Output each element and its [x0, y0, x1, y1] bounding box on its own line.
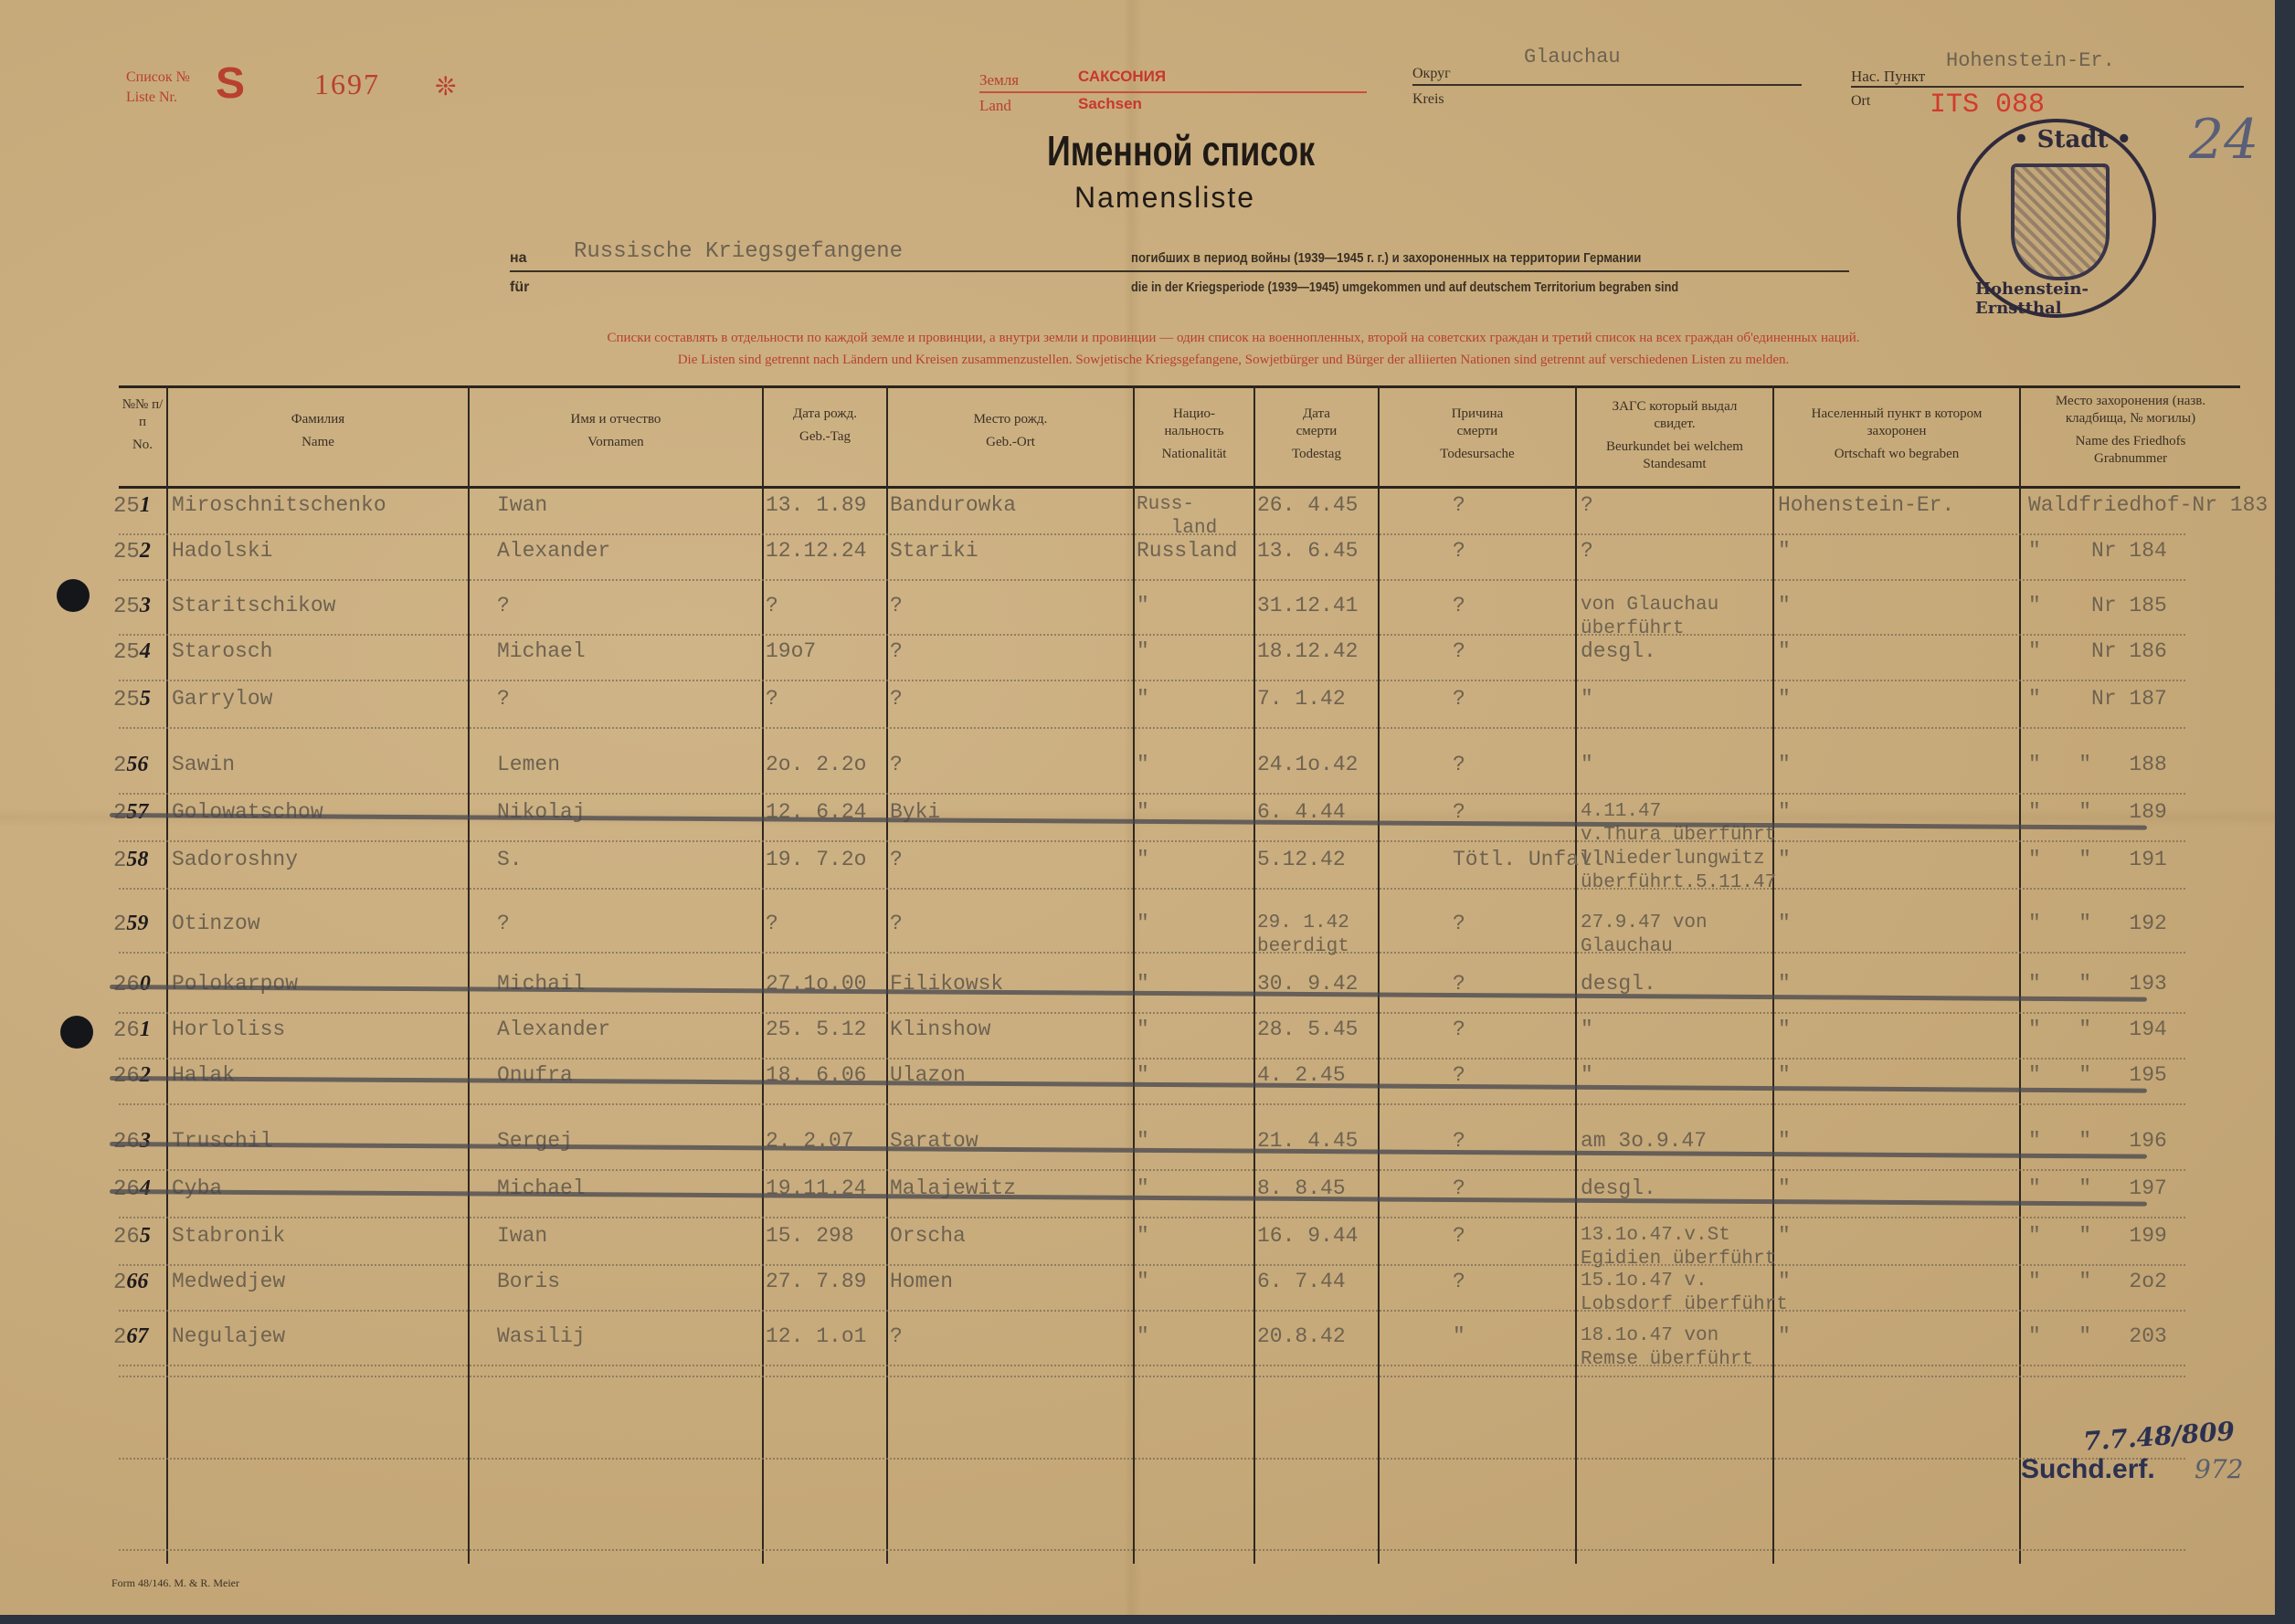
cell-birthdate: 27. 7.89: [766, 1270, 866, 1293]
strikethrough-line: [110, 813, 2147, 830]
cell-cemetery: " Nr 186: [2028, 639, 2167, 663]
cell-cause: ?: [1453, 639, 1465, 663]
cell-birthdate: 12. 1.o1: [766, 1324, 866, 1348]
cell-birthdate: ?: [766, 594, 778, 617]
cell-deathdate: 28. 5.45: [1257, 1018, 1358, 1041]
row-dotted-rule: [119, 1103, 2185, 1105]
row-number-handwritten: 5: [140, 687, 151, 711]
cell-nationality: ": [1137, 1224, 1149, 1248]
col-divider: [762, 385, 764, 1564]
cell-cemetery: " " 191: [2028, 848, 2167, 871]
row-number-typed: 2: [113, 912, 126, 937]
instruction-ru: Списки составлять в отдельности по каждо…: [292, 331, 2174, 346]
cell-birthplace: Homen: [890, 1270, 953, 1293]
page-title-ru: Именной список: [1047, 126, 1315, 175]
col-header-number: №№ п/пNo.: [119, 396, 166, 454]
cell-deathdate: 6. 7.44: [1257, 1270, 1346, 1293]
row-number-handwritten: 5: [140, 1224, 151, 1248]
ort-rule: [1851, 86, 2244, 88]
cell-registry: ?: [1581, 493, 1593, 517]
cell-cemetery: " " 193: [2028, 972, 2167, 996]
cell-burial-place: ": [1778, 639, 1791, 663]
cell-burial-place: ": [1778, 1018, 1791, 1041]
kreis-label-ru: Округ: [1412, 66, 1451, 82]
table-header-border: [119, 486, 2240, 489]
col-divider: [468, 385, 470, 1564]
land-label-ru: Земля: [979, 71, 1019, 90]
cell-vorname: Onufra: [497, 1063, 573, 1087]
cell-cemetery: " " 188: [2028, 753, 2167, 776]
cell-name: Truschil: [172, 1129, 272, 1153]
col-header-ru: Населенный пункт в котором захоронен: [1812, 406, 1983, 438]
row-number-typed: 25: [113, 688, 140, 712]
cell-birthdate: ?: [766, 687, 778, 711]
cell-deathdate: 13. 6.45: [1257, 539, 1358, 563]
row-number-handwritten: 3: [140, 594, 151, 617]
cell-nationality: ": [1137, 1324, 1149, 1348]
row-number-typed: 25: [113, 640, 140, 665]
cell-cause: ?: [1453, 493, 1465, 517]
cell-birthplace: Klinshow: [890, 1018, 990, 1041]
col-header-deathdate: Дата смертиTodestag: [1255, 406, 1378, 463]
row-number-handwritten: 1: [140, 493, 151, 517]
col-header-cause: Причина смертиTodesursache: [1380, 406, 1575, 463]
cell-registry: 15.1o.47 v. Lobsdorf überführt: [1581, 1270, 1788, 1317]
cell-name: Miroschnitschenko: [172, 493, 386, 517]
kreis-value: Glauchau: [1524, 46, 1621, 69]
row-number: 253: [113, 594, 151, 619]
seal-top-text: • Stadt •: [2014, 126, 2131, 153]
row-dotted-rule: [119, 1169, 2185, 1171]
cell-cause: ?: [1453, 1018, 1465, 1041]
col-divider: [166, 385, 168, 1564]
col-header-ru: Место захоронения (назв. кладбища, № мог…: [2056, 394, 2205, 426]
cell-vorname: Wasilij: [497, 1324, 586, 1348]
row-dotted-rule: [119, 888, 2185, 890]
cell-deathdate: 24.1o.42: [1257, 753, 1358, 776]
cell-name: Garrylow: [172, 687, 272, 711]
col-header-de: Geb.-Ort: [888, 434, 1133, 451]
col-header-cemetery: Место захоронения (назв. кладбища, № мог…: [2021, 393, 2240, 468]
list-label: Список № Liste Nr.: [126, 68, 190, 108]
category-value: Russische Kriegsgefangene: [574, 239, 903, 264]
row-number: 252: [113, 539, 151, 564]
col-header-ru: Имя и отчество: [571, 412, 661, 427]
row-number: 267: [113, 1324, 148, 1350]
cell-birthplace: Bandurowka: [890, 493, 1016, 517]
cell-cause: ?: [1453, 539, 1465, 563]
cell-deathdate: 29. 1.42 beerdigt: [1257, 912, 1349, 959]
col-header-de: Geb.-Tag: [791, 428, 859, 446]
ort-label-de: Ort: [1851, 93, 1870, 110]
cell-name: Otinzow: [172, 912, 260, 935]
cell-birthplace: ?: [890, 639, 903, 663]
cell-vorname: Michael: [497, 639, 586, 663]
document-page: Список № Liste Nr. S 1697 ❊ Земля САКСОН…: [0, 0, 2275, 1615]
cell-cemetery: " Nr 185: [2028, 594, 2167, 617]
cell-nationality: ": [1137, 1270, 1149, 1293]
cell-burial-place: ": [1778, 753, 1791, 776]
row-number-handwritten: 59: [126, 912, 148, 935]
row-number-handwritten: 56: [126, 753, 148, 776]
cell-birthdate: 13. 1.89: [766, 493, 866, 517]
land-label-de: Land: [979, 97, 1011, 115]
row-dotted-rule: [119, 680, 2185, 681]
row-number: 254: [113, 639, 151, 665]
cell-registry: am 3o.9.47: [1581, 1129, 1707, 1153]
col-header-name: ФамилияName: [168, 411, 468, 451]
cell-cemetery: " " 195: [2028, 1063, 2167, 1087]
cell-name: Staritschikow: [172, 594, 335, 617]
row-number: 265: [113, 1224, 151, 1250]
col-header-de: Todestag: [1286, 446, 1347, 463]
row-number: 255: [113, 687, 151, 712]
row-dotted-rule: [119, 634, 2185, 636]
row-dotted-rule: [119, 1012, 2185, 1014]
na-label: на: [510, 250, 527, 267]
cell-birthplace: ?: [890, 594, 903, 617]
col-header-burial-place: Населенный пункт в котором захороненOrts…: [1774, 406, 2019, 463]
cell-registry: desgl.: [1581, 972, 1656, 996]
row-dotted-rule: [119, 952, 2185, 954]
row-dotted-rule: [119, 793, 2185, 795]
cell-cause: ": [1453, 1324, 1465, 1348]
cell-name: Starosch: [172, 639, 272, 663]
row-dotted-rule: [119, 1264, 2185, 1266]
ort-value: Hohenstein-Er.: [1946, 49, 2115, 72]
kreis-rule: [1412, 84, 1802, 86]
kreis-label-de: Kreis: [1412, 91, 1444, 108]
cell-name: Sadoroshny: [172, 848, 298, 871]
col-header-ru: Нацио- нальность: [1164, 406, 1223, 438]
col-header-de: Beurkundet bei welchem Standesamt: [1602, 438, 1747, 473]
cell-registry: v.Niederlungwitz überführt.5.11.47: [1581, 848, 1776, 895]
cell-birthdate: 15. 298: [766, 1224, 854, 1248]
col-header-ru: Место рожд.: [974, 412, 1048, 427]
row-number-typed: 25: [113, 494, 140, 519]
col-header-de: Vornamen: [470, 434, 762, 451]
row-number-typed: 25: [113, 540, 140, 564]
cell-burial-place: ": [1778, 1270, 1791, 1293]
cell-burial-place: Hohenstein-Er.: [1778, 493, 1954, 517]
cell-vorname: Iwan: [497, 1224, 547, 1248]
cell-birthplace: Orscha: [890, 1224, 966, 1248]
row-dotted-rule: [119, 579, 2185, 581]
cell-name: Stabronik: [172, 1224, 285, 1248]
seal-ring-text: Hohenstein-Ernstthal: [1975, 279, 2152, 318]
cell-nationality: ": [1137, 912, 1149, 935]
row-number: 258: [113, 848, 148, 873]
cell-registry: ": [1581, 1018, 1593, 1041]
subtitle-ru: погибших в период войны (1939—1945 г. г.…: [1131, 250, 1641, 266]
cell-name: Polokarpow: [172, 972, 298, 996]
land-value-de: Sachsen: [1078, 95, 1142, 113]
col-header-de: Ortschaft wo begraben: [1802, 446, 1992, 463]
cell-cemetery: " " 192: [2028, 912, 2167, 935]
subtitle-de: die in der Kriegsperiode (1939—1945) umg…: [1131, 279, 1678, 295]
cell-burial-place: ": [1778, 687, 1791, 711]
cell-cemetery: " Nr 184: [2028, 539, 2167, 563]
cell-cemetery: Waldfriedhof-Nr 183: [2028, 493, 2268, 517]
cell-nationality: ": [1137, 687, 1149, 711]
cell-name: Horloliss: [172, 1018, 285, 1041]
punch-hole: [60, 1016, 93, 1049]
row-dotted-rule: [119, 1365, 2185, 1366]
fur-label: für: [510, 279, 529, 296]
cell-birthplace: ?: [890, 848, 903, 871]
cell-cause: ?: [1453, 1224, 1465, 1248]
row-number-handwritten: 3: [140, 1129, 151, 1153]
list-letter: S: [216, 58, 245, 109]
star-icon: ❊: [435, 71, 456, 102]
land-value-ru: САКСОНИЯ: [1078, 68, 1166, 86]
cell-registry: desgl.: [1581, 639, 1656, 663]
empty-row-rule: [119, 1458, 2185, 1460]
strikethrough-line: [110, 1142, 2147, 1159]
cell-registry: 27.9.47 von Glauchau: [1581, 912, 1708, 959]
form-note: Form 48/146. M. & R. Meier: [111, 1577, 239, 1590]
cell-name: Negulajew: [172, 1324, 285, 1348]
col-divider: [1772, 385, 1774, 1564]
row-number-typed: 2: [113, 849, 126, 873]
cell-name: Sawin: [172, 753, 235, 776]
handwritten-code: 972: [2195, 1454, 2243, 1484]
cell-registry: ": [1581, 1063, 1593, 1087]
its-stamp: ITS 088: [1930, 90, 2045, 121]
cell-birthdate: ?: [766, 912, 778, 935]
col-divider: [1378, 385, 1380, 1564]
cell-vorname: ?: [497, 912, 510, 935]
col-header-ru: №№ п/п: [122, 397, 164, 429]
col-header-birthdate: Дата рожд.Geb.-Tag: [764, 406, 886, 446]
cell-vorname: S.: [497, 848, 523, 871]
cell-nationality: Russland: [1137, 539, 1237, 563]
strikethrough-line: [110, 985, 2147, 1002]
cell-vorname: ?: [497, 594, 510, 617]
col-divider: [2019, 385, 2021, 1564]
cell-registry: ?: [1581, 539, 1593, 563]
cell-registry: ": [1581, 753, 1593, 776]
row-dotted-rule: [119, 1058, 2185, 1060]
cell-deathdate: 20.8.42: [1257, 1324, 1346, 1348]
empty-row-rule: [119, 1376, 2185, 1377]
row-dotted-rule: [119, 1310, 2185, 1312]
cell-birthplace: ?: [890, 687, 903, 711]
cell-burial-place: ": [1778, 972, 1791, 996]
cell-deathdate: 31.12.41: [1257, 594, 1358, 617]
cell-vorname: Alexander: [497, 1018, 610, 1041]
row-number: 256: [113, 753, 148, 778]
cell-cause: ?: [1453, 594, 1465, 617]
cell-cemetery: " " 203: [2028, 1324, 2167, 1348]
col-header-nationality: Нацио- нальностьNationalität: [1135, 406, 1253, 463]
col-header-registry: ЗАГС который выдал свидет.Beurkundet bei…: [1577, 398, 1772, 473]
row-number-handwritten: 4: [140, 1176, 151, 1200]
col-divider: [1253, 385, 1255, 1564]
cell-vorname: Lemen: [497, 753, 560, 776]
cell-registry: 18.1o.47 von Remse überführt: [1581, 1324, 1753, 1372]
cell-vorname: Boris: [497, 1270, 560, 1293]
cell-cemetery: " " 189: [2028, 800, 2167, 824]
suchd-stamp: Suchd.erf.: [2021, 1454, 2155, 1485]
cell-cause: ?: [1453, 687, 1465, 711]
cell-birthplace: ?: [890, 1324, 903, 1348]
row-number-typed: 26: [113, 1018, 140, 1043]
row-dotted-rule: [119, 1217, 2185, 1218]
cell-name: Medwedjew: [172, 1270, 285, 1293]
page-number-handwritten: 24: [2189, 108, 2258, 172]
cell-burial-place: ": [1778, 1176, 1791, 1200]
cell-name: Golowatschow: [172, 800, 323, 824]
land-rule: [979, 91, 1367, 93]
row-number-handwritten: 1: [140, 1018, 151, 1041]
coat-of-arms-icon: [2011, 163, 2110, 280]
row-dotted-rule: [119, 840, 2185, 842]
cell-cause: ?: [1453, 912, 1465, 935]
cell-nationality: Russ- land: [1137, 493, 1217, 541]
cell-nationality: ": [1137, 639, 1149, 663]
col-divider: [1575, 385, 1577, 1564]
list-number: 1697: [314, 68, 380, 101]
row-number-handwritten: 2: [140, 1063, 151, 1087]
col-header-birthplace: Место рожд.Geb.-Ort: [888, 411, 1133, 451]
row-number-handwritten: 0: [140, 972, 151, 996]
cell-cause: ?: [1453, 1270, 1465, 1293]
cell-name: Hadolski: [172, 539, 272, 563]
cell-birthplace: Stariki: [890, 539, 978, 563]
cell-deathdate: 16. 9.44: [1257, 1224, 1358, 1248]
cell-burial-place: ": [1778, 912, 1791, 935]
col-header-ru: Дата смерти: [1296, 406, 1338, 438]
col-header-ru: Дата рожд.: [793, 406, 857, 421]
row-number-typed: 25: [113, 595, 140, 619]
table-top-border: [119, 385, 2240, 388]
col-header-ru: Фамилия: [291, 412, 344, 427]
row-number-typed: 2: [113, 754, 126, 778]
cell-burial-place: ": [1778, 800, 1791, 824]
cell-birthdate: 12.12.24: [766, 539, 866, 563]
col-divider: [1133, 385, 1135, 1564]
col-header-de: No.: [119, 437, 166, 454]
row-number-handwritten: 2: [140, 539, 151, 563]
cell-nationality: ": [1137, 1018, 1149, 1041]
cell-burial-place: ": [1778, 848, 1791, 871]
city-seal: • Stadt • Hohenstein-Ernstthal: [1957, 119, 2156, 318]
page-title-de: Namensliste: [1074, 181, 1255, 215]
col-header-ru: ЗАГС который выдал свидет.: [1613, 399, 1738, 431]
cell-burial-place: ": [1778, 1129, 1791, 1153]
cell-cemetery: " " 194: [2028, 1018, 2167, 1041]
cell-cemetery: " " 197: [2028, 1176, 2167, 1200]
cell-registry: ": [1581, 687, 1593, 711]
cell-deathdate: 26. 4.45: [1257, 493, 1358, 517]
instruction-de: Die Listen sind getrennt nach Ländern un…: [292, 353, 2174, 368]
col-header-de: Todesursache: [1434, 446, 1520, 463]
list-label-de: Liste Nr.: [126, 88, 190, 108]
cell-cemetery: " " 199: [2028, 1224, 2167, 1248]
cell-birthplace: ?: [890, 912, 903, 935]
cell-vorname: Iwan: [497, 493, 547, 517]
row-number: 261: [113, 1018, 151, 1043]
cell-burial-place: ": [1778, 594, 1791, 617]
cell-name: Cyba: [172, 1176, 222, 1200]
cell-burial-place: ": [1778, 1224, 1791, 1248]
row-number-handwritten: 67: [126, 1324, 148, 1348]
cell-registry: von Glauchau überführt: [1581, 594, 1719, 641]
col-header-de: Nationalität: [1157, 446, 1232, 463]
ort-label-ru: Нас. Пункт: [1851, 68, 1925, 86]
cell-burial-place: ": [1778, 1324, 1791, 1348]
col-header-vorname: Имя и отчествоVornamen: [470, 411, 762, 451]
cell-cemetery: " " 2o2: [2028, 1270, 2167, 1293]
cell-birthdate: 19o7: [766, 639, 816, 663]
list-label-ru: Список №: [126, 68, 190, 88]
row-number: 251: [113, 493, 151, 519]
cell-cause: ?: [1453, 753, 1465, 776]
strikethrough-line: [110, 1076, 2147, 1093]
cell-nationality: ": [1137, 594, 1149, 617]
row-number-typed: 2: [113, 1325, 126, 1350]
cell-birthdate: 25. 5.12: [766, 1018, 866, 1041]
cell-burial-place: ": [1778, 1063, 1791, 1087]
row-number: 259: [113, 912, 148, 937]
cell-cemetery: " " 196: [2028, 1129, 2167, 1153]
cell-cemetery: " Nr 187: [2028, 687, 2167, 711]
row-number: 266: [113, 1270, 148, 1295]
cell-vorname: Sergej: [497, 1129, 573, 1153]
cell-nationality: ": [1137, 848, 1149, 871]
cell-vorname: Alexander: [497, 539, 610, 563]
col-header-de: Name des Friedhofs Grabnummer: [2039, 433, 2222, 468]
cell-registry: desgl.: [1581, 1176, 1656, 1200]
cell-burial-place: ": [1778, 539, 1791, 563]
empty-row-rule: [119, 1549, 2185, 1551]
row-number-handwritten: 58: [126, 848, 148, 871]
cell-name: Halak: [172, 1063, 235, 1087]
cell-deathdate: 18.12.42: [1257, 639, 1358, 663]
row-number-handwritten: 4: [140, 639, 151, 663]
punch-hole: [57, 579, 90, 612]
col-divider: [886, 385, 888, 1564]
row-dotted-rule: [119, 727, 2185, 729]
row-number-handwritten: 66: [126, 1270, 148, 1293]
cell-deathdate: 7. 1.42: [1257, 687, 1346, 711]
col-header-de: Name: [168, 434, 468, 451]
cell-vorname: ?: [497, 687, 510, 711]
cell-birthplace: ?: [890, 753, 903, 776]
col-header-ru: Причина смерти: [1452, 406, 1504, 438]
row-number-handwritten: 57: [126, 800, 148, 824]
row-number-typed: 2: [113, 1271, 126, 1295]
cell-birthdate: 2o. 2.2o: [766, 753, 866, 776]
category-rule: [510, 270, 1849, 272]
cell-nationality: ": [1137, 753, 1149, 776]
strikethrough-line: [110, 1189, 2147, 1207]
cell-birthdate: 19. 7.2o: [766, 848, 866, 871]
cell-deathdate: 5.12.42: [1257, 848, 1346, 871]
names-table: №№ п/пNo. ФамилияName Имя и отчествоVorn…: [119, 385, 2240, 1564]
row-number-typed: 26: [113, 1225, 140, 1250]
cell-registry: 13.1o.47.v.St Egidien überführt: [1581, 1224, 1776, 1271]
